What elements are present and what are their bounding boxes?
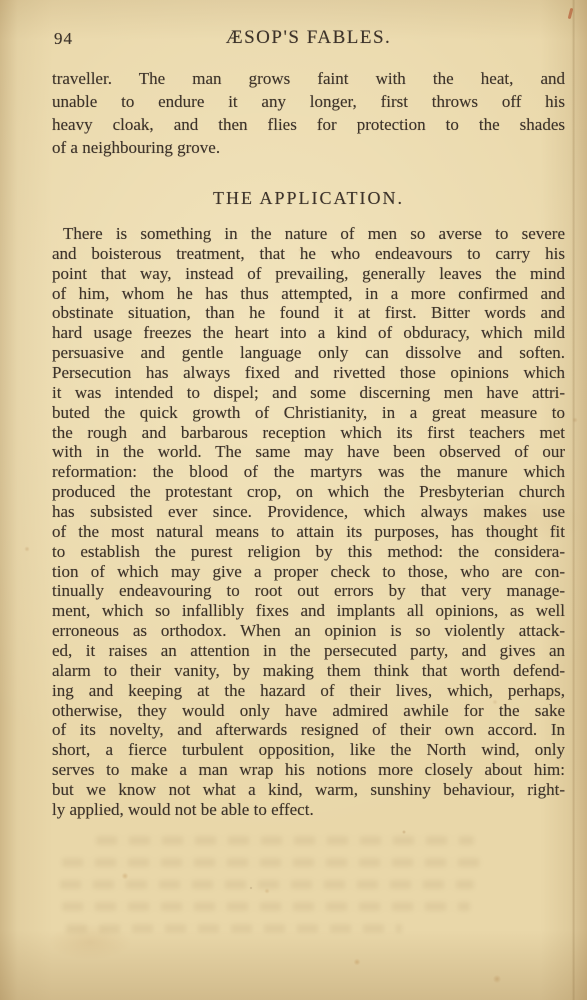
- text-line: of its novelty, and afterwards resigned …: [52, 720, 565, 740]
- text-line: of the most natural means to attain its …: [52, 522, 565, 542]
- text-line: traveller. The man grows faint with the …: [52, 68, 565, 91]
- text-line: ing and keeping at the hazard of their l…: [52, 681, 565, 701]
- text-line: unable to endure it any longer, first th…: [52, 91, 565, 114]
- text-line: but we know not what a kind, warm, sunsh…: [52, 780, 565, 800]
- application-heading: THE APPLICATION.: [52, 188, 565, 209]
- text-line: tion of which may give a proper check to…: [52, 562, 565, 582]
- text-line: and boisterous treatment, that he who en…: [52, 244, 565, 264]
- text-line: tinually endeavouring to root out errors…: [52, 581, 565, 601]
- text-line: otherwise, they would only have admired …: [52, 701, 565, 721]
- text-line: the rough and barbarous reception which …: [52, 423, 565, 443]
- text-line: ment, which so infallibly fixes and impl…: [52, 601, 565, 621]
- text-line: buted the quick growth of Christianity, …: [52, 403, 565, 423]
- text-line: to establish the purest religion by this…: [52, 542, 565, 562]
- text-line: it was intended to dispel; and some disc…: [52, 383, 565, 403]
- text-line: ed, it raises an attention in the persec…: [52, 641, 565, 661]
- text-line: reformation: the blood of the martyrs wa…: [52, 462, 565, 482]
- application-paragraph: There is something in the nature of men …: [52, 224, 565, 820]
- opening-paragraph: traveller. The man grows faint with the …: [52, 68, 565, 160]
- text-line: has subsisted ever since. Providence, wh…: [52, 502, 565, 522]
- text-line: serves to make a man wrap his notions mo…: [52, 760, 565, 780]
- text-line: point that way, instead of prevailing, g…: [52, 264, 565, 284]
- book-page-scan: 94 ÆSOP'S FABLES. traveller. The man gro…: [0, 0, 587, 1000]
- text-line: Persecution has always fixed and rivette…: [52, 363, 565, 383]
- running-title: ÆSOP'S FABLES.: [52, 27, 565, 49]
- showthrough-line: [96, 836, 474, 845]
- text-line: persuasive and gentle language only can …: [52, 343, 565, 363]
- showthrough-line: [60, 880, 474, 889]
- text-line: hard usage freezes the heart into a kind…: [52, 323, 565, 343]
- page-edge-crease: [572, 0, 575, 1000]
- text-line: with in the world. The same may have bee…: [52, 442, 565, 462]
- showthrough-line: [62, 858, 482, 867]
- showthrough-line: [62, 902, 470, 911]
- text-line: of a neighbouring grove.: [52, 137, 565, 160]
- text-line: produced the protestant crop, on which t…: [52, 482, 565, 502]
- text-line: There is something in the nature of men …: [52, 224, 565, 244]
- text-line: erroneous as orthodox. When an opinion i…: [52, 621, 565, 641]
- text-line: alarm to their vanity, by making them th…: [52, 661, 565, 681]
- showthrough-line: [66, 924, 402, 933]
- text-line: obstinate situation, than he found it at…: [52, 303, 565, 323]
- text-line: of him, whom he has thus attempted, in a…: [52, 284, 565, 304]
- text-line: ly applied, would not be able to effect.: [52, 800, 565, 820]
- text-line: short, a fierce turbulent opposition, li…: [52, 740, 565, 760]
- text-line: heavy cloak, and then flies for protecti…: [52, 114, 565, 137]
